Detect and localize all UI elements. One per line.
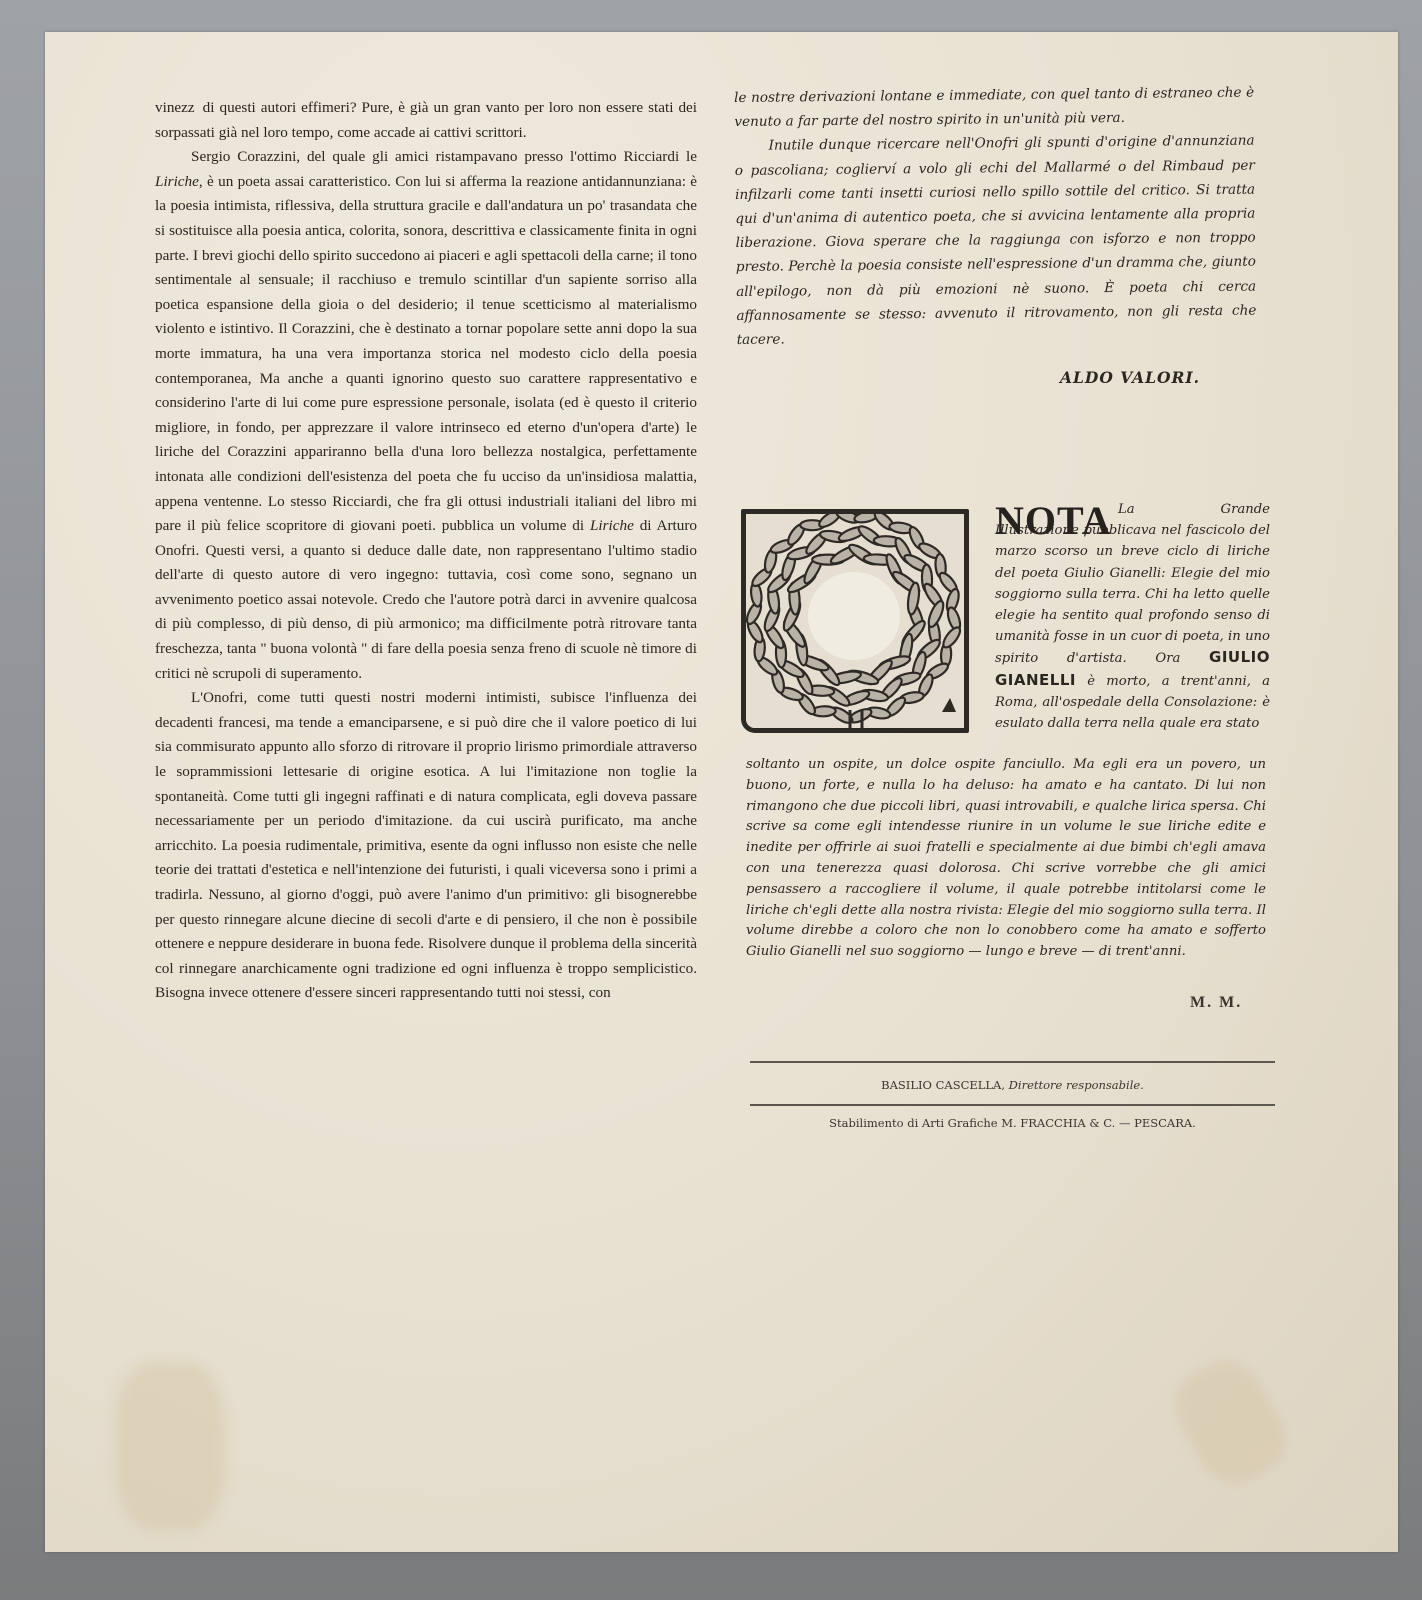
- paragraph: vinezz di questi autori effimeri? Pure, …: [155, 96, 697, 145]
- paragraph: L'Onofri, come tutti questi nostri moder…: [155, 686, 697, 1006]
- paragraph: le nostre derivazioni lontane e immediat…: [734, 81, 1254, 135]
- left-column-text: vinezz di questi autori effimeri? Pure, …: [155, 96, 697, 1006]
- article-signature: ALDO VALORI.: [1060, 368, 1200, 387]
- paper-stain: [1161, 1348, 1299, 1497]
- director-line: BASILIO CASCELLA, Direttore responsabile…: [750, 1078, 1275, 1092]
- paragraph: Sergio Corazzini, del quale gli amici ri…: [155, 145, 697, 686]
- sunflower-icon: [746, 514, 964, 728]
- printer-line: Stabilimento di Arti Grafiche M. FRACCHI…: [750, 1116, 1275, 1130]
- right-column-text: le nostre derivazioni lontane e immediat…: [734, 81, 1257, 353]
- sunflower-woodcut-illustration: [741, 509, 969, 733]
- divider-rule: [750, 1104, 1275, 1106]
- nota-text-below: soltanto un ospite, un dolce ospite fanc…: [746, 755, 1266, 963]
- divider-rule: [750, 1061, 1275, 1063]
- nota-text-beside: La Grande Illustrazione pubblicava nel f…: [995, 499, 1270, 734]
- paper-stain: [115, 1362, 225, 1532]
- paragraph: Inutile dunque ricercare nell'Onofri gli…: [735, 129, 1257, 352]
- nota-signature: M. M.: [1190, 994, 1242, 1012]
- director-name: BASILIO CASCELLA,: [881, 1078, 1005, 1092]
- director-role: Direttore responsabile.: [1009, 1078, 1144, 1092]
